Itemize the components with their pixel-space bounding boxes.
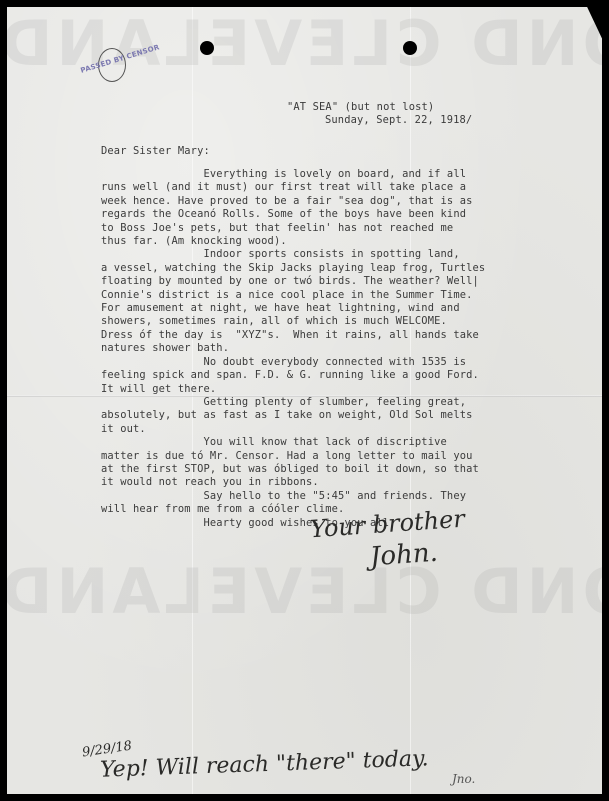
body-line: regards the Oceanó Rolls. Some of the bo… [101,208,485,221]
body-line: For amusement at night, we have heat lig… [101,302,485,315]
location-line: "AT SEA" (but not lost) [287,101,434,114]
body-line: Connie's district is a nice cool place i… [101,289,485,302]
body-line: natures shower bath. [101,342,485,355]
body-line: No doubt everybody connected with 1535 i… [101,356,485,369]
body-line: week hence. Have proved to be a fair "se… [101,195,485,208]
signature-john: John. [369,538,439,573]
body-line: Everything is lovely on board, and if al… [101,168,485,181]
body-line: Getting plenty of slumber, feeling great… [101,396,485,409]
body-line: a vessel, watching the Skip Jacks playin… [101,262,485,275]
body-line: it would not reach you in ribbons. [101,476,485,489]
body-line: thus far. (Am knocking wood). [101,235,485,248]
note-initials: Jno. [452,772,475,786]
punch-hole [200,41,214,55]
body-line: it out. [101,423,485,436]
watermark-middle: ELAND BOND CLEVELAND [0,555,609,628]
body-line: Say hello to the "5:45" and friends. The… [101,490,485,503]
body-line: feeling spick and span. F.D. & G. runnin… [101,369,485,382]
body-line: to Boss Joe's pets, but that feelin' has… [101,222,485,235]
body-line: at the first STOP, but was óbliged to bo… [101,463,485,476]
body-line: floating by mounted by one or twó birds.… [101,275,485,288]
salutation: Dear Sister Mary: [101,145,210,158]
body-line: showers, sometimes rain, all of which is… [101,315,485,328]
punch-hole [403,41,417,55]
body-line: Dress óf the day is "XYZ"s. When it rain… [101,329,485,342]
body-line: It will get there. [101,383,485,396]
body-line: You will know that lack of discriptive [101,436,485,449]
body-line: runs well (and it must) our first treat … [101,181,485,194]
body-line: Indoor sports consists in spotting land, [101,248,485,261]
letter-body: Everything is lovely on board, and if al… [101,168,485,530]
body-line: matter is due tó Mr. Censor. Had a long … [101,450,485,463]
body-line: absolutely, but as fast as I take on wei… [101,409,485,422]
date-line: Sunday, Sept. 22, 1918/ [325,114,472,127]
